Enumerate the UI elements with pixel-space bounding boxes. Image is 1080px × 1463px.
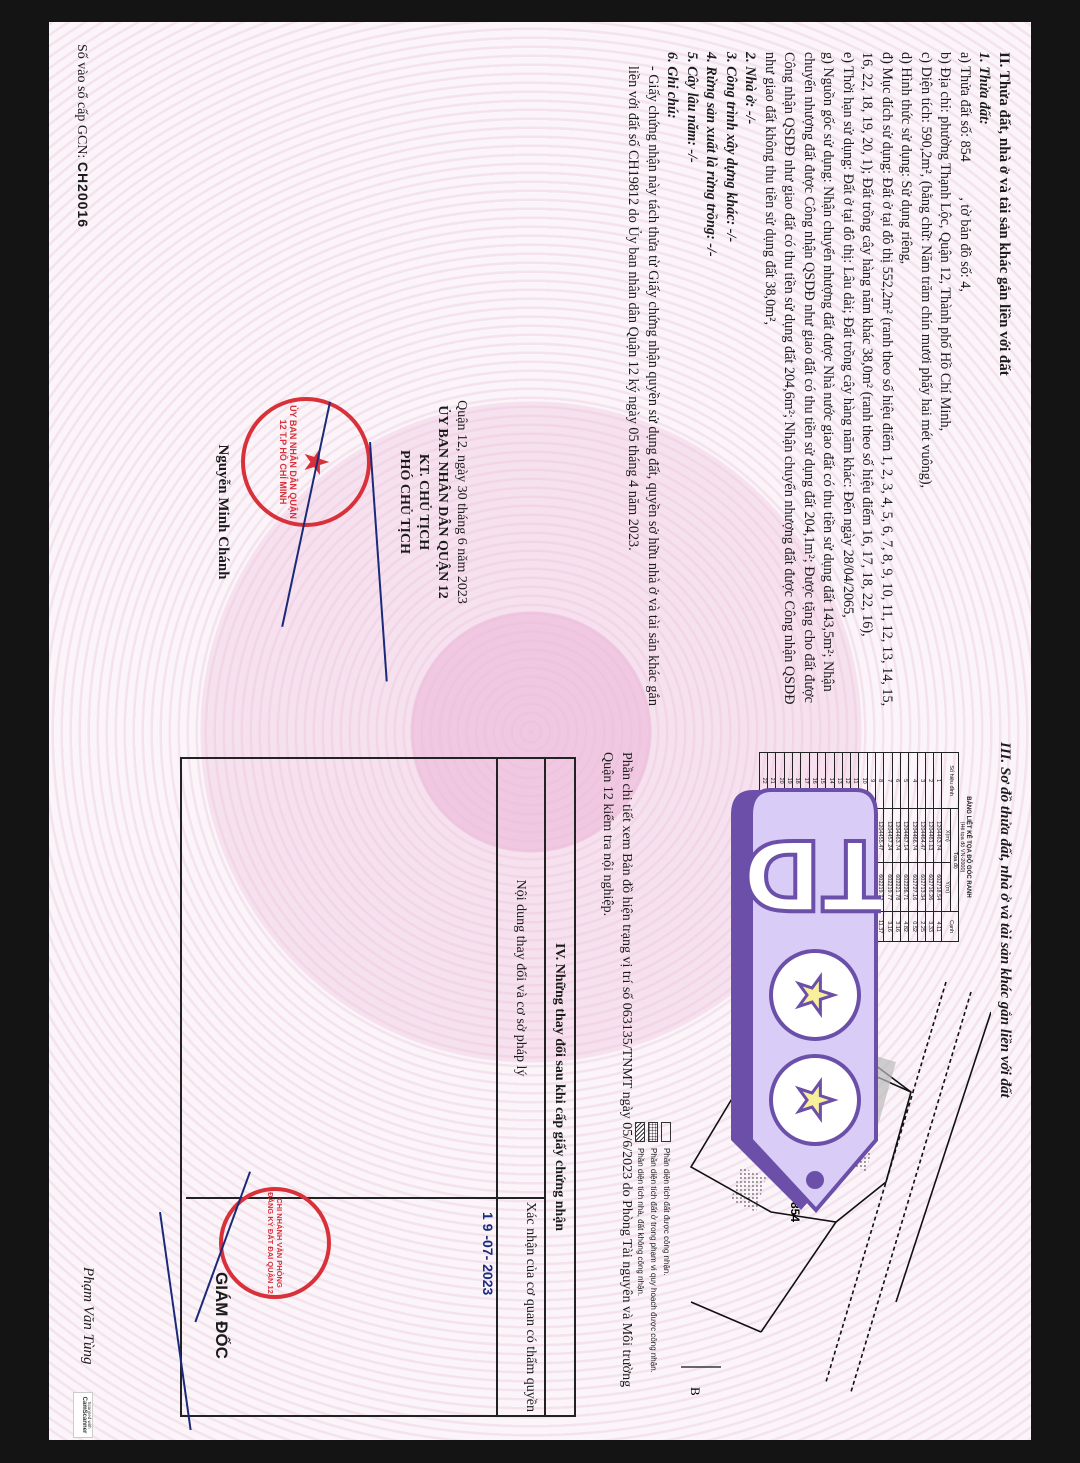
perennial-tree-item: 5. Cây lâu năm: -/- [682,52,702,712]
legend-dotted-swatch [648,1122,658,1142]
signature-stroke [369,442,388,682]
legend-item: Phần diện tích đất ở trong phạm vi quy h… [648,1122,658,1382]
usage-origin: g) Nguồn gốc sử dụng: Nhận chuyển nhượng… [760,52,838,712]
registry-label: Số vào sổ cấp GCN: [74,44,89,158]
col-point: Số hiệu đỉnh [942,753,959,809]
legend-item: Phần diện tích đất được công nhận. [661,1122,671,1382]
usage-purpose: đ) Mục đích sử dụng: Đất ở tại đô thị 55… [857,52,896,712]
section2-sub1: 1. Thửa đất: [974,52,994,712]
coord-row: 61204463.74602221.783.16 [892,753,900,942]
land-certificate-page: II. Thửa đất, nhà ở và tài sản khác gắn … [49,22,1031,1440]
director-role: GIÁM ĐỐC [211,1272,231,1359]
signer-role-2: PHÓ CHỦ TỊCH [395,322,414,682]
notes-heading: 6. Ghi chú: [662,52,682,712]
changes-title: IV. Những thay đổi sau khi cấp giấy chứn… [544,759,574,1415]
forest-item: 4. Rừng sản xuất là rừng trồng: -/- [701,52,721,712]
star-icon: ★ [788,973,841,1016]
changes-col-content: Nội dung thay đổi và cơ sở pháp lý [498,759,544,1199]
camscanner-badge: Scanned with CamScanner [73,1392,93,1438]
coord-row: 21204461.13602716.263.33 [925,753,933,942]
red-seal-icon: CHI NHÁNH VĂN PHÒNG ĐĂNG KÝ ĐẤT ĐAI QUẬN… [219,1187,331,1299]
registry-value: CH20016 [75,162,91,228]
signer-name-2: Phạm Văn Tùng [79,1267,96,1365]
usage-form: d) Hình thức sử dụng: Sử dụng riêng, [896,52,916,712]
other-construction-item: 3. Công trình xây dựng khác: -/- [721,52,741,712]
house-item: 2. Nhà ở: -/- [740,52,760,712]
coord-table-subtitle: (Hệ tọa độ VN-2000) [959,752,965,942]
changes-table: IV. Những thay đổi sau khi cấp giấy chứn… [180,757,576,1417]
changes-col-authority: Xác nhận của cơ quan có thẩm quyền [498,1199,544,1415]
signature-block-1: Quận 12, ngày 30 tháng 6 năm 2023 ỦY BAN… [395,322,471,682]
legend-item: Phần diện tích nhà, đất không công nhận. [635,1122,645,1382]
watermark-text: TD [742,818,881,930]
issuing-org: ỦY BAN NHÂN DÂN QUẬN 12 [433,322,452,682]
notes-text: - Giấy chứng nhận này tách thửa từ Giấy … [623,52,662,712]
parcel-address: b) Địa chỉ: phường Thạnh Lộc, Quận 12, T… [935,52,955,712]
col-group: Tọa độ [950,809,958,912]
section-land-details: II. Thửa đất, nhà ở và tài sản khác gắn … [623,52,1013,712]
diagram-note: Phần chi tiết xem Bản đồ hiện trạng vị t… [598,752,636,1412]
issue-date: Quận 12, ngày 30 tháng 6 năm 2023 [452,322,471,682]
coord-table-title: BẢNG LIỆT KÊ TỌA ĐỘ GÓC RANH [965,752,971,942]
coord-row: 51204467.14602226.714.82 [900,753,908,942]
parcel-number: a) Thửa đất số: 854 , tờ bản đồ số: 4, [955,52,975,712]
diagram-legend: Phần diện tích đất được công nhận. Phần … [632,1122,671,1382]
coord-row: 31204464.47602713.342.25 [917,753,925,942]
section3-title: III. Sơ đồ thửa đất, nhà ở và tài sản kh… [996,742,1013,1422]
usage-term: e) Thời hạn sử dụng: Đất ở tại đô thị: L… [838,52,858,712]
legend-hatched-swatch [635,1122,645,1142]
confirmation-date-stamp: 1 9 -07- 2023 [480,1212,496,1295]
star-icon: ★ [788,1078,841,1121]
signer-role-1: KT. CHỦ TỊCH [414,322,433,682]
legend-plain-swatch [661,1122,671,1142]
signer-name-1: Nguyễn Minh Chánh [214,352,231,672]
coord-row: 71204457.24602219.773.16 [884,753,892,942]
section2-title: II. Thửa đất, nhà ở và tài sản khác gắn … [994,52,1014,712]
scan-frame: II. Thửa đất, nhà ở và tài sản khác gắn … [0,0,1080,1463]
registry-number: Số vào sổ cấp GCN: CH20016 [73,44,91,228]
section-diagram: III. Sơ đồ thửa đất, nhà ở và tài sản kh… [996,742,1013,1422]
col-x: X(m) [942,809,950,863]
coord-row: 11204463.74602718.544.11 [934,753,942,942]
col-edge: Cạnh [942,912,959,942]
north-label: B [688,1387,703,1396]
col-y: Y(m) [942,863,950,912]
coord-row: 41204466.74602727.160.52 [909,753,917,942]
td-watermark-logo: ★ ★ TD [726,780,881,1220]
parcel-area: c) Diện tích: 590,2m², (bằng chữ: Năm tr… [916,52,936,712]
